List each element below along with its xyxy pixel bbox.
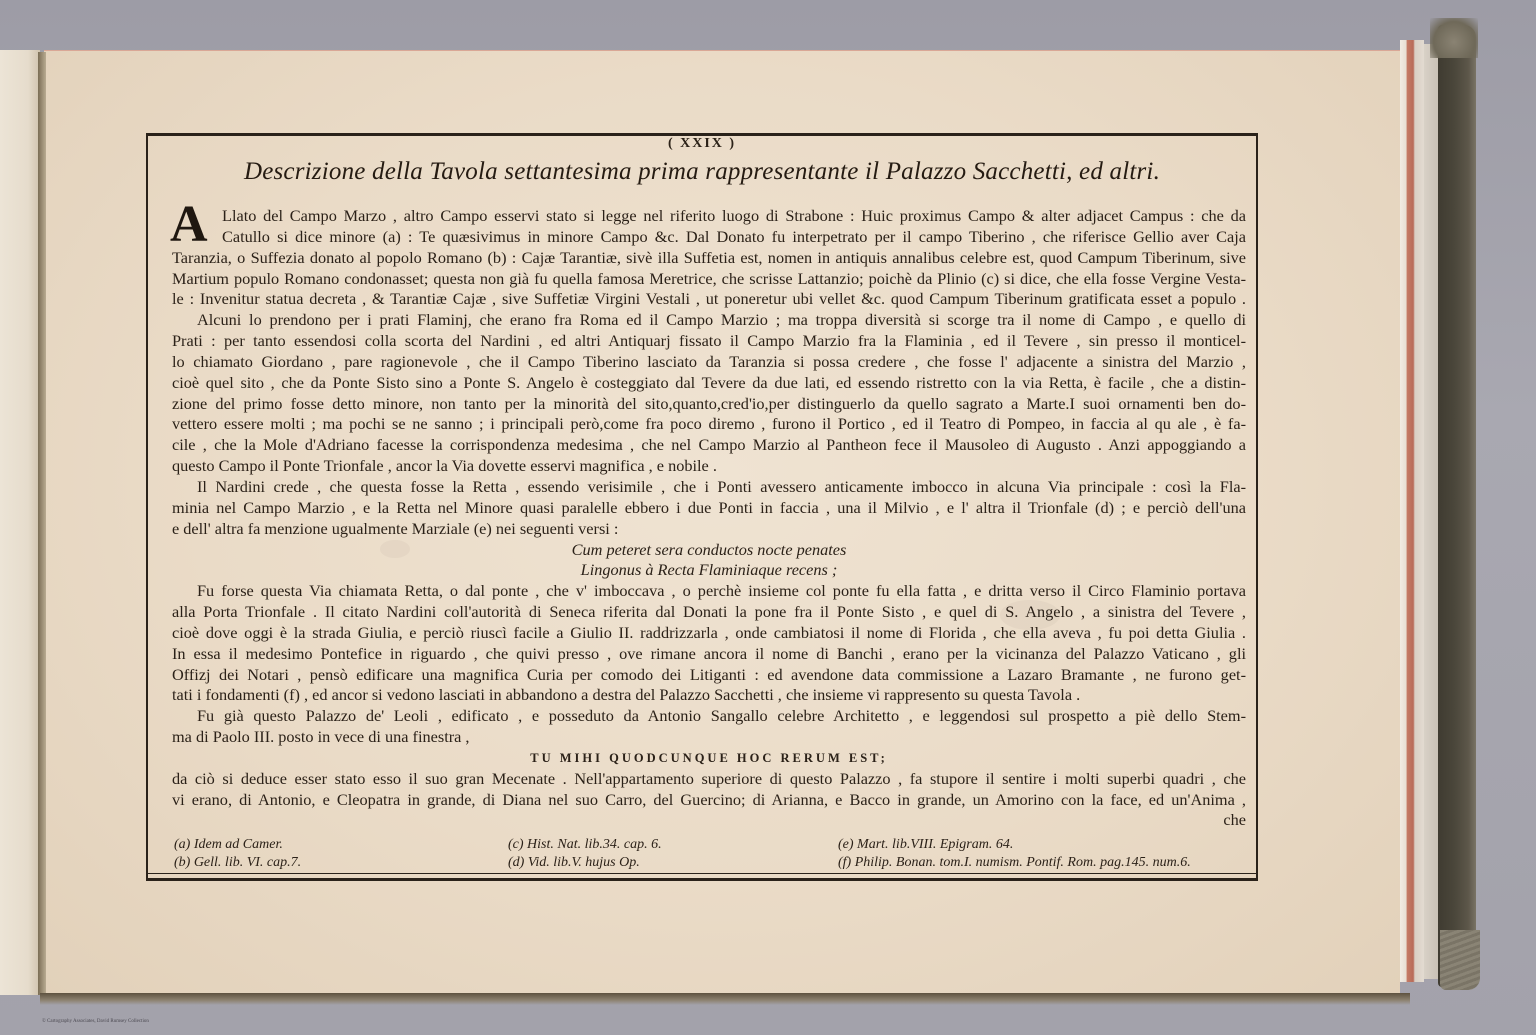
- text-line: cioè dove oggi è la strada Giulia, e per…: [172, 623, 1246, 644]
- text-line: alla Porta Trionfale . Il citato Nardini…: [172, 602, 1246, 623]
- text-line: vi erano, di Antonio, e Cleopatra in gra…: [172, 790, 1246, 811]
- text-line: Cum peteret sera conductos nocte penates: [172, 540, 1246, 561]
- text-line: Fu forse questa Via chiamata Retta, o da…: [172, 581, 1246, 602]
- copyright-watermark: © Cartography Associates, David Rumsey C…: [42, 1019, 149, 1024]
- page-number: ( XXIX ): [148, 136, 1256, 152]
- text-line: Catullo si dice minore (a) : Te quæsivim…: [172, 227, 1246, 248]
- text-line: questo Campo il Ponte Trionfale , ancor …: [172, 456, 1246, 477]
- text-line: Il Nardini crede , che questa fosse la R…: [172, 477, 1246, 498]
- cover-frayed-top: [1430, 18, 1478, 58]
- text-line: In essa il medesimo Pontefice in riguard…: [172, 644, 1246, 665]
- text-line: cile , che la Mole d'Adriano facesse la …: [172, 435, 1246, 456]
- text-frame: ( XXIX ) Descrizione della Tavola settan…: [146, 133, 1258, 881]
- text-line: da ciò si deduce esser stato esso il suo…: [172, 769, 1246, 790]
- text-line: Offizj dei Notari , pensò edificare una …: [172, 665, 1246, 686]
- text-line: lo chiamato Giordano , pare ragionevole …: [172, 352, 1246, 373]
- left-page-edge: [0, 50, 40, 995]
- page-bottom-edge: [40, 993, 1410, 1005]
- footnote: (e) Mart. lib.VIII. Epigram. 64.: [838, 836, 1191, 854]
- footnotes-col-3: (e) Mart. lib.VIII. Epigram. 64. (f) Phi…: [838, 836, 1191, 872]
- drop-cap: A: [170, 203, 208, 247]
- text-line: ma di Paolo III. posto in vece di una fi…: [172, 727, 1246, 748]
- footnotes-col-2: (c) Hist. Nat. lib.34. cap. 6. (d) Vid. …: [508, 836, 662, 872]
- text-line: TU MIHI QUODCUNQUE HOC RERUM EST;: [172, 748, 1246, 769]
- text-line: vettero essere molti ; ma pochi se ne sa…: [172, 414, 1246, 435]
- frame-rule: [148, 873, 1256, 874]
- footnote: (c) Hist. Nat. lib.34. cap. 6.: [508, 836, 662, 854]
- text-line: Taranzia, o Suffezia donato al popolo Ro…: [172, 248, 1246, 269]
- text-line: Alcuni lo prendono per i prati Flaminj, …: [172, 310, 1246, 331]
- text-line: tati i fondamenti (f) , ed ancor si vedo…: [172, 685, 1246, 706]
- page-title: Descrizione della Tavola settantesima pr…: [148, 158, 1256, 186]
- footnote: (f) Philip. Bonan. tom.I. numism. Pontif…: [838, 854, 1191, 872]
- footnote: (b) Gell. lib. VI. cap.7.: [174, 854, 301, 872]
- text-line: Prati : per tanto essendosi colla scorta…: [172, 331, 1246, 352]
- body-text: A Llato del Campo Marzo , altro Campo es…: [172, 206, 1246, 831]
- footnotes-col-1: (a) Idem ad Camer. (b) Gell. lib. VI. ca…: [174, 836, 301, 872]
- text-line: che: [172, 810, 1246, 831]
- text-line: cioè quel sito , che da Ponte Sisto sino…: [172, 373, 1246, 394]
- footnote: (a) Idem ad Camer.: [174, 836, 301, 854]
- cover-frayed-bottom: [1440, 930, 1480, 990]
- red-page-edge: [1400, 40, 1424, 982]
- text-line: Lingonus à Recta Flaminiaque recens ;: [172, 560, 1246, 581]
- text-line: e dell' altra fa menzione ugualmente Mar…: [172, 519, 1246, 540]
- book-cover-spine: [1438, 25, 1476, 987]
- book-gutter: [38, 52, 46, 995]
- text-line: Llato del Campo Marzo , altro Campo esse…: [172, 206, 1246, 227]
- footnote: (d) Vid. lib.V. hujus Op.: [508, 854, 662, 872]
- text-line: minia nel Campo Marzio , e la Retta nel …: [172, 498, 1246, 519]
- text-line: Fu già questo Palazzo de' Leoli , edific…: [172, 706, 1246, 727]
- text-line: zione del primo fosse detto minore, non …: [172, 394, 1246, 415]
- text-line: le : Invenitur statua decreta , & Tarant…: [172, 289, 1246, 310]
- text-line: Martium populo Romano condonasset; quest…: [172, 269, 1246, 290]
